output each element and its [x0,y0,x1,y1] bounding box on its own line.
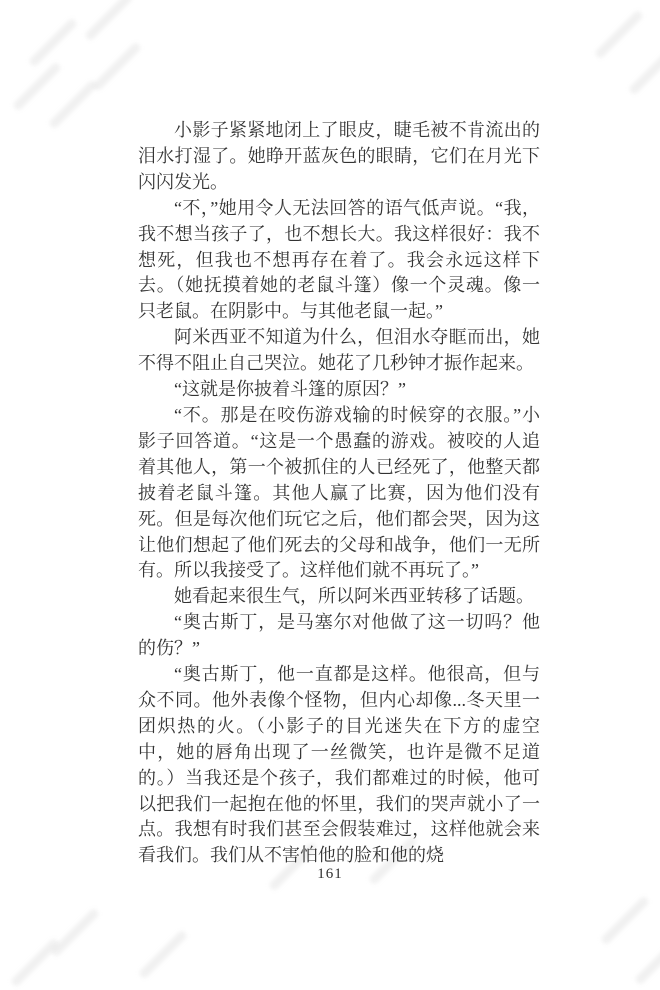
watermark-streak [600,895,650,945]
paragraph: “不。那是在咬伤游戏输的时候穿的衣服。”小影子回答道。“这是一个愚蠢的游戏。被咬… [138,403,540,584]
paragraph: “不，”她用令人无法回答的语气低声说。“我，我不想当孩子了，也不想长大。我这样很… [138,196,540,326]
paragraph: 她看起来很生气，所以阿米西亚转移了话题。 [138,584,540,610]
watermark-streak [50,907,100,957]
book-page: 小影子紧紧地闭上了眼皮，睫毛被不肯流出的泪水打湿了。她睁开蓝灰色的眼睛，它们在月… [0,0,660,990]
watermark-streak [594,9,644,59]
paragraph: 阿米西亚不知道为什么，但泪水夺眶而出，她不得不阻止自己哭泣。她花了几秒钟才振作起… [138,325,540,377]
watermark-streak [138,929,188,979]
paragraph: 小影子紧紧地闭上了眼皮，睫毛被不肯流出的泪水打湿了。她睁开蓝灰色的眼睛，它们在月… [138,118,540,196]
paragraph: “这就是你披着斗篷的原因？” [138,377,540,403]
watermark-streak [634,935,660,985]
watermark-streak [10,937,60,987]
paragraph: “奥古斯丁，他一直都是这样。他很高，但与众不同。他外表像个怪物，但内心却像...… [138,662,540,869]
watermark-streak [12,61,62,111]
watermark-streak [28,17,78,67]
page-number: 161 [0,866,660,883]
watermark-streak [48,79,98,129]
watermark-streak [92,41,142,91]
page-text: 小影子紧紧地闭上了眼皮，睫毛被不肯流出的泪水打湿了。她睁开蓝灰色的眼睛，它们在月… [138,118,540,869]
paragraph: “奥古斯丁，是马塞尔对他做了这一切吗？他的伤？” [138,610,540,662]
watermark-streak [84,0,134,42]
watermark-streak [628,45,660,95]
